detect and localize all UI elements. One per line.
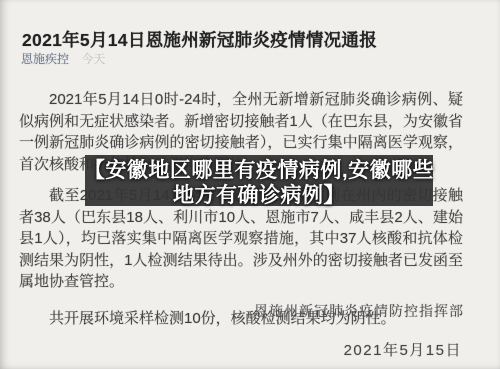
page-title: 2021年5月14日恩施州新冠肺炎疫情情况通报: [22, 27, 480, 52]
caption-line-2: 地方有确诊病例】: [173, 183, 345, 208]
publish-time: 今天: [81, 52, 105, 66]
issuing-authority: 恩施州新冠肺炎疫情防控指挥部: [254, 301, 464, 321]
article-page: 2021年5月14日恩施州新冠肺炎疫情情况通报 恩施疾控 今天 2021年5月1…: [0, 0, 500, 369]
article-body: 2021年5月14日0时-24时，全州无新增新冠肺炎确诊病例、疑似病例和无症状感…: [19, 89, 463, 329]
caption-overlay: 【安徽地区哪里有疫情病例,安徽哪些 地方有确诊病例】: [85, 155, 433, 206]
source-account-link[interactable]: 恩施疾控: [21, 52, 69, 66]
byline: 恩施疾控 今天: [21, 50, 105, 67]
issue-date: 2021年5月15日: [344, 339, 462, 360]
caption-line-1: 【安徽地区哪里有疫情病例,安徽哪些: [84, 158, 434, 183]
